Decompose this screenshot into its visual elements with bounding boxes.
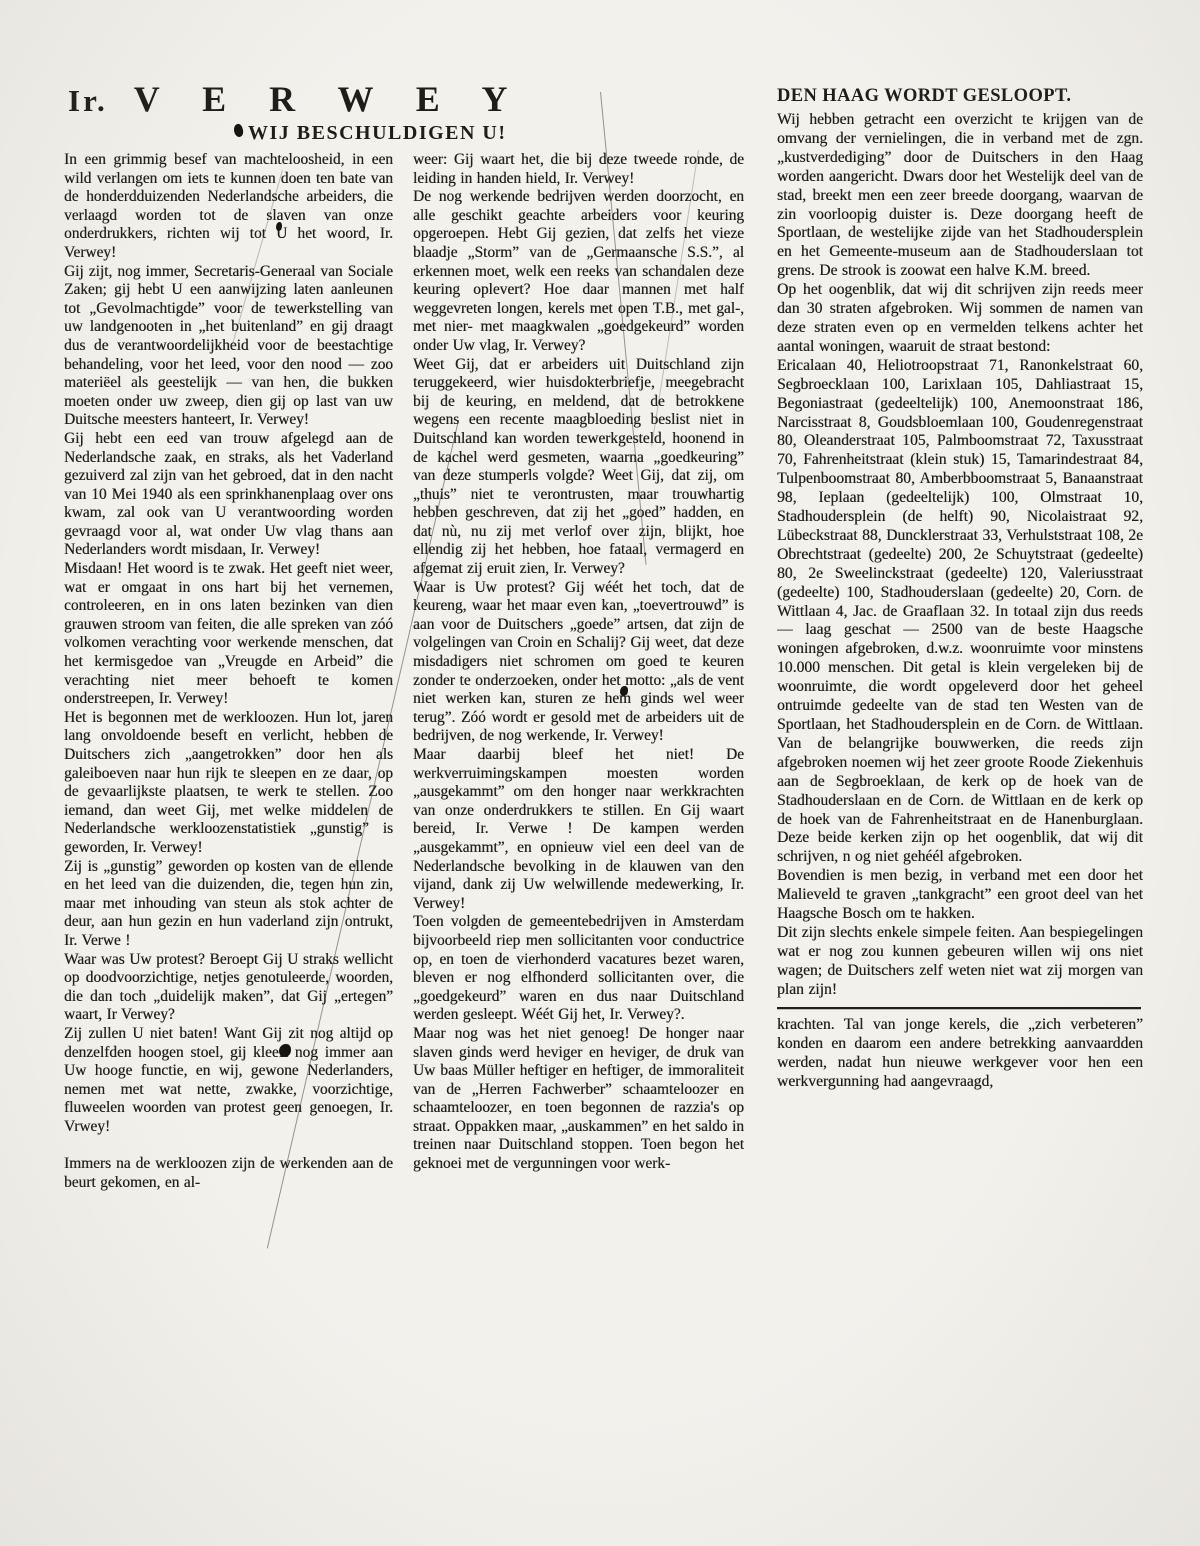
newspaper-page: Ir.V E R W E Y WIJ BESCHULDIGEN U! In ee… (0, 0, 1200, 1546)
paragraph: Maar daarbij bleef het niet! De werkverr… (413, 746, 744, 913)
verwey-column-1: In een grimmig besef van machteloosheid,… (64, 151, 393, 1491)
verwey-title-line: Ir.V E R W E Y (68, 78, 758, 120)
paragraph: Dit zijn slechts enkele simpele feiten. … (777, 924, 1143, 1000)
paragraph: Gij hebt een eed van trouw afgelegd aan … (64, 430, 393, 560)
verwey-title-block: Ir.V E R W E Y WIJ BESCHULDIGEN U! (68, 78, 758, 145)
den-haag-continuation: krachten. Tal van jonge kerels, die „zic… (777, 1016, 1143, 1092)
paragraph: Bovendien is men bezig, in verband met e… (777, 867, 1143, 924)
verwey-subtitle-row: WIJ BESCHULDIGEN U! (248, 122, 758, 145)
paragraph: Waar was Uw protest? Beroept Gij U strak… (64, 951, 393, 1025)
paragraph: Weet Gij, dat er arbeiders uit Duitschla… (413, 356, 744, 579)
paragraph: Zij zullen U niet baten! Want Gij zit no… (64, 1025, 393, 1137)
den-haag-column: DEN HAAG WORDT GESLOOPT. Wij hebben getr… (777, 86, 1143, 1536)
paragraph: Misdaan! Het woord is te zwak. Het geeft… (64, 560, 393, 709)
den-haag-body: Wij hebben getracht een overzicht te kri… (777, 111, 1143, 1000)
paragraph: Op het oogenblik, dat wij dit schrijven … (777, 281, 1143, 357)
ink-blot (232, 123, 245, 138)
paragraph: krachten. Tal van jonge kerels, die „zic… (777, 1016, 1143, 1092)
paragraph: Immers na de werkloozen zijn de werkende… (64, 1155, 393, 1192)
paragraph: Wij hebben getracht een overzicht te kri… (777, 111, 1143, 281)
paragraph: Toen volgden de gemeentebedrijven in Ams… (413, 913, 744, 1025)
paragraph: Ericalaan 40, Heliotroopstraat 71, Ranon… (777, 357, 1143, 867)
paragraph: weer: Gij waart het, die bij deze tweede… (413, 151, 744, 188)
paragraph: De nog werkende bedrijven werden doorzoc… (413, 188, 744, 355)
paragraph: Het is begonnen met de werkloozen. Hun l… (64, 709, 393, 858)
paragraph: Zij is „gunstig” geworden op kosten van … (64, 858, 393, 951)
den-haag-title: DEN HAAG WORDT GESLOOPT. (777, 86, 1143, 107)
paragraph: Maar nog was het niet genoeg! De honger … (413, 1025, 744, 1174)
section-divider (777, 1007, 1141, 1010)
verwey-title: V E R W E Y (134, 79, 525, 119)
verwey-subtitle: WIJ BESCHULDIGEN U! (248, 122, 507, 144)
paragraph: Gij zijt, nog immer, Secretaris-Generaal… (64, 263, 393, 430)
paragraph: In een grimmig besef van machteloosheid,… (64, 151, 393, 263)
verwey-column-2: weer: Gij waart het, die bij deze tweede… (413, 151, 744, 1491)
paragraph: Waar is Uw protest? Gij wéét het toch, d… (413, 579, 744, 746)
verwey-title-prefix: Ir. (68, 83, 108, 118)
